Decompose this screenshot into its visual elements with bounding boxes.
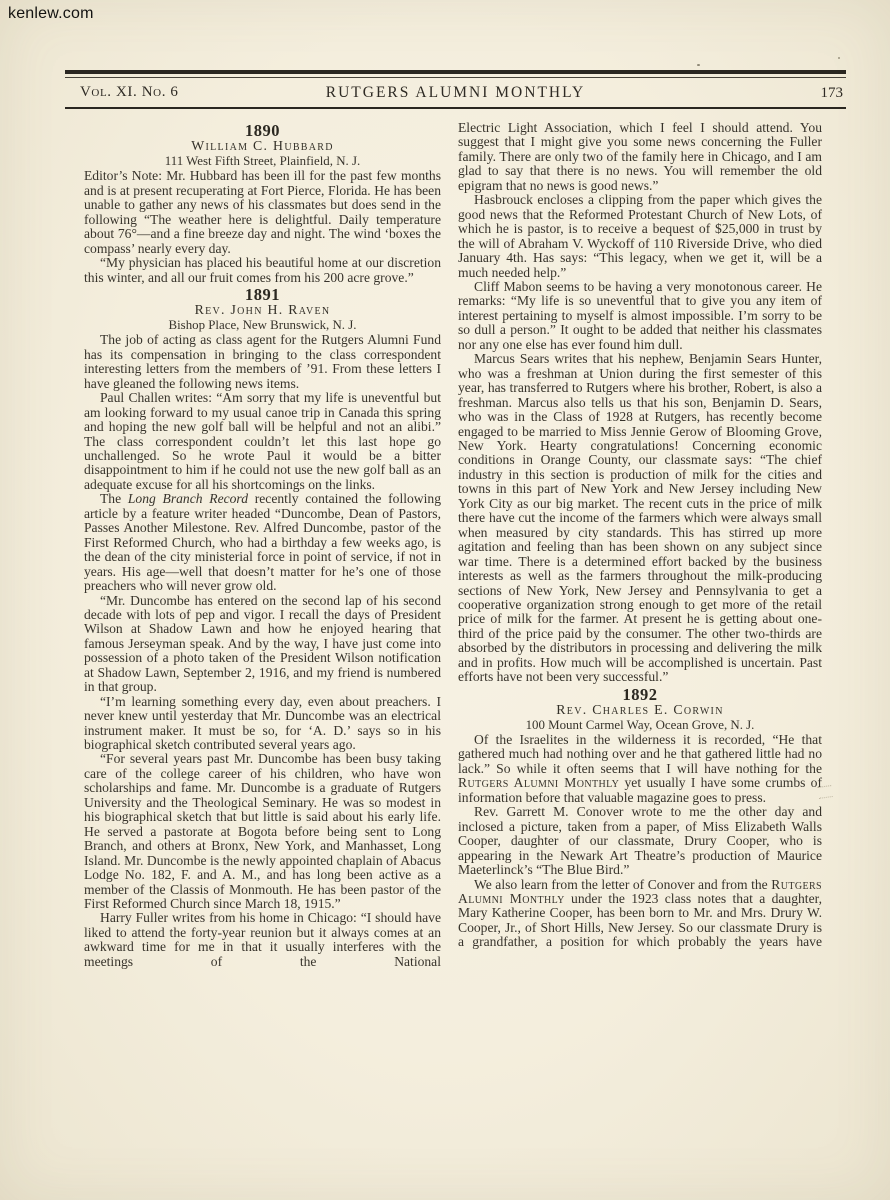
section-year-heading: 1891	[84, 288, 441, 302]
text-run: Of the Israelites in the wilderness it i…	[458, 732, 822, 776]
paragraph: The Long Branch Record recently containe…	[84, 492, 441, 593]
paragraph: “For several years past Mr. Duncombe has…	[84, 752, 441, 911]
text-run: The job of acting as class agent for the…	[84, 332, 441, 390]
text-run: Cliff Mabon seems to be having a very mo…	[458, 279, 822, 352]
scan-crease-mark	[817, 785, 833, 799]
text-run: The	[100, 491, 128, 506]
text-run: Rev. Garrett M. Conover wrote to me the …	[458, 804, 822, 877]
text-run: “Mr. Duncombe has entered on the second …	[84, 593, 441, 695]
text-run: Marcus Sears writes that his nephew, Ben…	[458, 351, 822, 684]
text-run: “I’m learning something every day, even …	[84, 694, 441, 752]
text-run: Harry Fuller writes from his home in Chi…	[84, 910, 441, 968]
text-run: “For several years past Mr. Duncombe has…	[84, 751, 441, 911]
section-byline: Rev. Charles E. Corwin	[458, 703, 822, 717]
paragraph: Hasbrouck encloses a clipping from the p…	[458, 193, 822, 280]
scan-speck	[697, 64, 700, 66]
paragraph: The job of acting as class agent for the…	[84, 333, 441, 391]
text-run: Electric Light Association, which I feel…	[458, 120, 822, 193]
paragraph: Editor’s Note: Mr. Hubbard has been ill …	[84, 169, 441, 256]
section-year-heading: 1890	[84, 124, 441, 138]
section-address: 111 West Fifth Street, Plainfield, N. J.	[84, 154, 441, 168]
section-byline: Rev. John H. Raven	[84, 303, 441, 317]
right-text-column: Electric Light Association, which I feel…	[458, 121, 822, 950]
section-year-heading: 1892	[458, 688, 822, 702]
paragraph: We also learn from the letter of Conover…	[458, 878, 822, 950]
text-run: “My physician has placed his beautiful h…	[84, 255, 441, 284]
paragraph: Of the Israelites in the wilderness it i…	[458, 733, 822, 805]
header-rule-thin	[65, 77, 846, 78]
text-run: We also learn from the letter of Conover…	[474, 877, 771, 892]
paragraph: “I’m learning something every day, even …	[84, 695, 441, 753]
header-rule-thick	[65, 70, 846, 74]
page-title: RUTGERS ALUMNI MONTHLY	[65, 84, 846, 102]
paragraph: “My physician has placed his beautiful h…	[84, 256, 441, 285]
text-run: Editor’s Note: Mr. Hubbard has been ill …	[84, 168, 441, 255]
paragraph: Paul Challen writes: “Am sorry that my l…	[84, 391, 441, 492]
italic-text-run: Long Branch Record	[128, 491, 248, 506]
section-address: 100 Mount Carmel Way, Ocean Grove, N. J.	[458, 718, 822, 732]
paragraph: Harry Fuller writes from his home in Chi…	[84, 911, 441, 969]
text-run: recently contained the following article…	[84, 491, 441, 593]
small-caps-text-run: Rutgers Alumni Monthly	[458, 775, 619, 790]
left-text-column: 1890William C. Hubbard111 West Fifth Str…	[84, 121, 441, 969]
paragraph: Rev. Garrett M. Conover wrote to me the …	[458, 805, 822, 877]
page-number: 173	[821, 85, 844, 102]
header-rule-bottom	[65, 107, 846, 109]
paragraph: Cliff Mabon seems to be having a very mo…	[458, 280, 822, 352]
scan-speck	[838, 57, 840, 59]
text-run: Hasbrouck encloses a clipping from the p…	[458, 192, 822, 279]
paragraph: Marcus Sears writes that his nephew, Ben…	[458, 352, 822, 684]
section-address: Bishop Place, New Brunswick, N. J.	[84, 318, 441, 332]
paragraph: Electric Light Association, which I feel…	[458, 121, 822, 193]
paragraph: “Mr. Duncombe has entered on the second …	[84, 594, 441, 695]
text-run: Paul Challen writes: “Am sorry that my l…	[84, 390, 441, 492]
section-byline: William C. Hubbard	[84, 139, 441, 153]
watermark-text: kenlew.com	[8, 5, 94, 23]
